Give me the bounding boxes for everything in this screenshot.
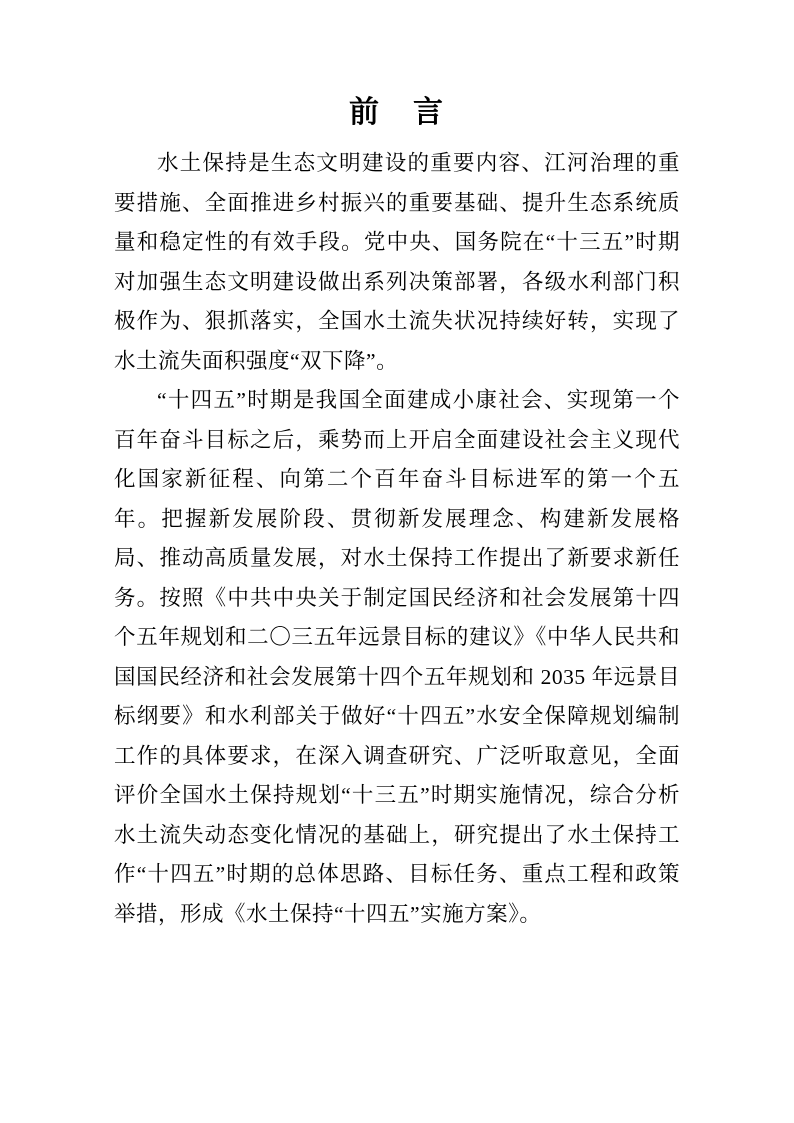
paragraph-1: 水土保持是生态文明建设的重要内容、江河治理的重要措施、全面推进乡村振兴的重要基础… xyxy=(114,144,680,381)
paragraph-2: “十四五”时期是我国全面建成小康社会、实现第一个百年奋斗目标之后，乘势而上开启全… xyxy=(114,381,680,934)
page-title: 前 言 xyxy=(114,96,680,130)
body-text: 水土保持是生态文明建设的重要内容、江河治理的重要措施、全面推进乡村振兴的重要基础… xyxy=(114,144,680,934)
page-content: 前 言 水土保持是生态文明建设的重要内容、江河治理的重要措施、全面推进乡村振兴的… xyxy=(0,0,794,1123)
document-page: 前 言 水土保持是生态文明建设的重要内容、江河治理的重要措施、全面推进乡村振兴的… xyxy=(0,0,794,1123)
